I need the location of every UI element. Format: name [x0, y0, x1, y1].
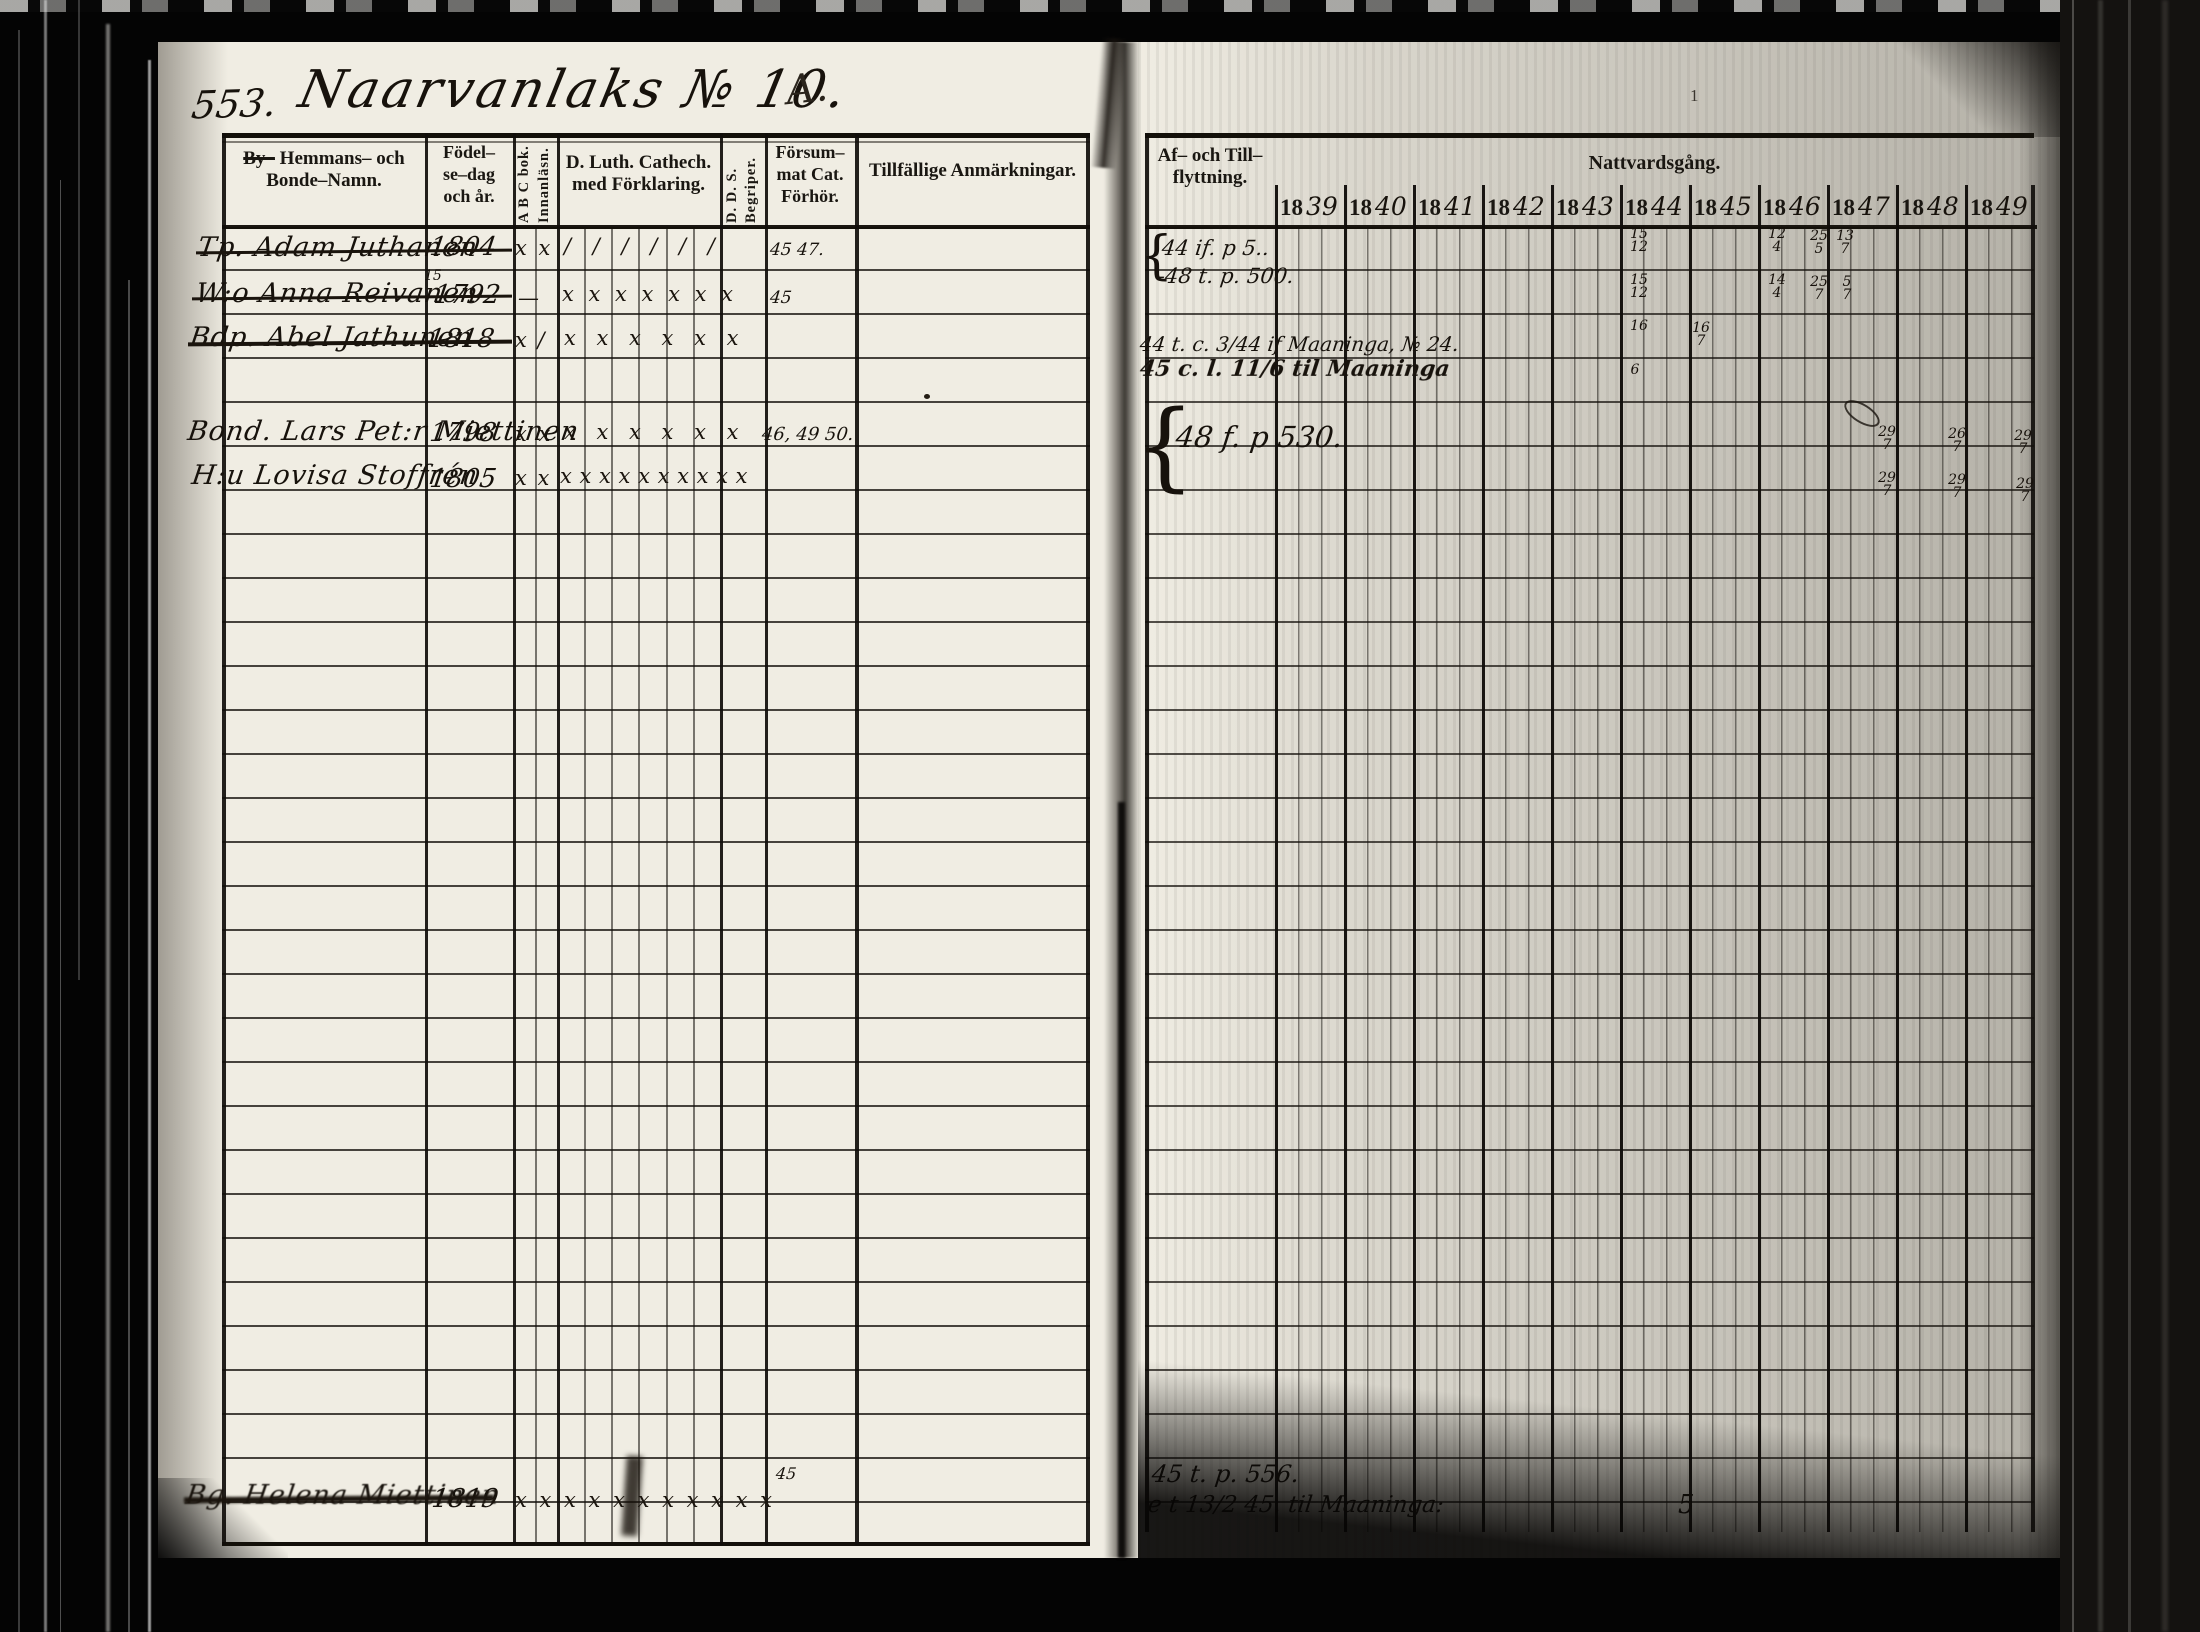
communion-mark: 267: [1942, 428, 1972, 454]
year-script: 43: [1582, 192, 1614, 221]
year-label-1844: 1844: [1625, 192, 1683, 221]
column-header-abc-line1: A B C bok.: [516, 137, 533, 223]
left-page-edge-shadow: [158, 42, 228, 1558]
year-script: 47: [1858, 192, 1890, 221]
birth-year: 1798: [428, 418, 498, 448]
mark-month: 7: [1686, 335, 1716, 348]
year-printed: 18: [1970, 195, 1993, 220]
cathech-line2: med Förklaring.: [557, 174, 720, 196]
communion-mark: 297: [1942, 474, 1972, 500]
year-printed: 18: [1418, 195, 1441, 220]
ledger-title: Naarvanlaks № 10.: [294, 60, 855, 120]
year-label-1845: 1845: [1694, 192, 1752, 221]
forsummat-line2: mat Cat.: [765, 163, 855, 185]
scratch: [18, 30, 20, 1632]
year-script: 39: [1306, 192, 1338, 221]
movement-note: 45 c. l. 11/6 til Maaninga: [1138, 356, 1451, 382]
year-script: 48: [1927, 192, 1959, 221]
column-header-communion: Nattvardsgång.: [1275, 152, 2034, 174]
forsummat-line3: Förhör.: [765, 185, 855, 207]
scratch: [2128, 0, 2131, 1632]
year-label-1847: 1847: [1832, 192, 1890, 221]
birth-line1: Födel–: [425, 141, 513, 163]
struck-word-by: By–: [243, 148, 275, 169]
mark-month: 7: [1942, 487, 1972, 500]
mark-month: 7: [1872, 439, 1902, 452]
column-header-anmarkningar: Tillfällige Anmärkningar.: [855, 160, 1090, 182]
movement-note: 44 t. c. 3/44 if Maaninga, № 24.: [1139, 332, 1461, 356]
mark-month: 7: [1830, 243, 1860, 256]
reading-marks: x /: [515, 328, 545, 352]
communion-mark: 137: [1830, 230, 1860, 256]
scratch: [2162, 0, 2168, 1632]
communion-mark: 1512: [1624, 274, 1654, 300]
year-label-1840: 1840: [1349, 192, 1407, 221]
scanned-ledger-photograph: { "scan": { "page_number": "553.", "titl…: [0, 0, 2200, 1632]
birth-year: 1804: [428, 232, 498, 262]
year-printed: 18: [1901, 195, 1924, 220]
communion-mark: 297: [1872, 426, 1902, 452]
catechism-marks: x x x x x x: [564, 420, 738, 444]
grid-line: [1086, 133, 1090, 1545]
communion-mark: 1512: [1624, 228, 1654, 254]
movement-note: -48 t. p. 500.: [1157, 264, 1296, 288]
mark-month: 7: [1872, 485, 1902, 498]
scratch: [2072, 0, 2074, 1632]
year-printed: 18: [1832, 195, 1855, 220]
communion-mark: 6: [1620, 364, 1650, 377]
scratch: [128, 280, 130, 1632]
right-table-top-rule: [1145, 133, 2034, 138]
communion-mark: 297: [1872, 472, 1902, 498]
name-line1-text: Hemmans– och: [280, 148, 405, 169]
year-label-1848: 1848: [1901, 192, 1959, 221]
year-label-1841: 1841: [1418, 192, 1476, 221]
forsummat-entry: 45: [769, 288, 793, 308]
column-header-dds-line1: D. D. S.: [724, 137, 741, 223]
title-annotation: A.: [784, 64, 830, 114]
catechism-marks: x x x x x x: [564, 326, 738, 350]
ink-dot: [924, 394, 930, 399]
year-label-1842: 1842: [1487, 192, 1545, 221]
cathech-line1: D. Luth. Cathech.: [557, 152, 720, 174]
scratch: [60, 180, 61, 1632]
year-printed: 18: [1694, 195, 1717, 220]
column-header-cathech: D. Luth. Cathech. med Förklaring.: [557, 152, 720, 196]
birth-line2: se–dag: [425, 163, 513, 185]
left-table-top-rule: [222, 133, 1090, 138]
catechism-marks: / / / / / /: [564, 234, 715, 258]
year-printed: 18: [1763, 195, 1786, 220]
column-header-forsummat: Försum– mat Cat. Förhör.: [765, 141, 855, 207]
page-number: 553.: [189, 80, 280, 127]
reading-marks: x x: [515, 466, 549, 490]
communion-mark: 257: [1804, 276, 1834, 302]
paper-right-edge-shadow: [2020, 42, 2060, 1558]
communion-mark: 167: [1686, 322, 1716, 348]
grid-line: [765, 133, 768, 1545]
communion-mark: 57: [1832, 276, 1862, 302]
birth-line3: och år.: [425, 185, 513, 207]
year-printed: 18: [1280, 195, 1303, 220]
mark-month: 7: [1942, 441, 1972, 454]
column-header-birth: Födel– se–dag och år.: [425, 141, 513, 207]
column-header-movement: Af– och Till– flyttning.: [1145, 145, 1275, 189]
bottom-right-page-shadow: [1138, 1312, 2060, 1558]
movement-note: 48 f. p 530.: [1174, 420, 1345, 454]
reading-marks: x x: [515, 422, 550, 446]
forsummat-entry: 46, 49 50.: [761, 424, 855, 445]
year-printed: 18: [1487, 195, 1510, 220]
year-label-1839: 1839: [1280, 192, 1338, 221]
year-script: 44: [1651, 192, 1683, 221]
movement-note: 44 if. p 5..: [1161, 236, 1271, 260]
mark-month: 7: [1804, 289, 1834, 302]
year-printed: 18: [1556, 195, 1579, 220]
year-script: 41: [1444, 192, 1476, 221]
communion-mark: 144: [1762, 274, 1792, 300]
column-header-name-line2: Bonde–Namn.: [224, 170, 424, 192]
birth-year: 1805: [428, 464, 498, 494]
catechism-marks: x x x x x x x x x x: [560, 464, 748, 488]
column-header-name-line1: By– Hemmans– och: [224, 148, 424, 170]
communion-mark: 124: [1762, 228, 1792, 254]
grid-line: [557, 133, 560, 1545]
movement-line2: flyttning.: [1145, 167, 1275, 189]
column-header-name: By– Hemmans– och Bonde–Namn.: [224, 148, 424, 192]
scratch: [148, 60, 151, 1632]
scratch: [2098, 0, 2103, 1632]
year-printed: 18: [1349, 195, 1372, 220]
year-script: 40: [1375, 192, 1407, 221]
forsummat-entry: 45: [775, 1464, 797, 1483]
mark-day: 6: [1620, 364, 1650, 377]
catechism-marks: x x x x x x x: [562, 282, 734, 306]
year-label-1846: 1846: [1763, 192, 1821, 221]
scratch: [106, 24, 110, 1632]
reading-marks: x x: [515, 236, 550, 260]
mark-month: 4: [1762, 241, 1792, 254]
year-label-1843: 1843: [1556, 192, 1614, 221]
year-script: 42: [1513, 192, 1545, 221]
scratch: [78, 0, 80, 980]
binding-core-line: [1118, 802, 1125, 1558]
catechism-marks: x x x x x x x x x x x: [515, 1488, 772, 1512]
grid-line: [855, 133, 859, 1545]
movement-line1: Af– och Till–: [1145, 145, 1275, 167]
mark-month: 4: [1762, 287, 1792, 300]
column-header-dds-line2: Begriper.: [743, 137, 760, 223]
column-header-abc-line2: Innanläsn.: [536, 137, 553, 223]
left-table-top-rule2: [222, 141, 1090, 143]
forsummat-entry: 45 47.: [769, 240, 825, 260]
year-script: 46: [1789, 192, 1821, 221]
scratch: [44, 0, 47, 1632]
ledger-page-spread: 553. Naarvanlaks № 10. A. 1 By– Hemmans–…: [158, 42, 2060, 1558]
mark-day: 16: [1624, 320, 1654, 333]
year-script: 45: [1720, 192, 1752, 221]
year-printed: 18: [1625, 195, 1648, 220]
corner-mark: 1: [1690, 86, 1699, 106]
mark-month: 12: [1624, 287, 1654, 300]
mark-month: 12: [1624, 241, 1654, 254]
film-edge-dashes: [0, 0, 2200, 12]
communion-mark: 16: [1624, 320, 1654, 333]
reading-marks: —: [518, 286, 539, 310]
mark-month: 7: [1832, 289, 1862, 302]
forsummat-line1: Försum–: [765, 141, 855, 163]
